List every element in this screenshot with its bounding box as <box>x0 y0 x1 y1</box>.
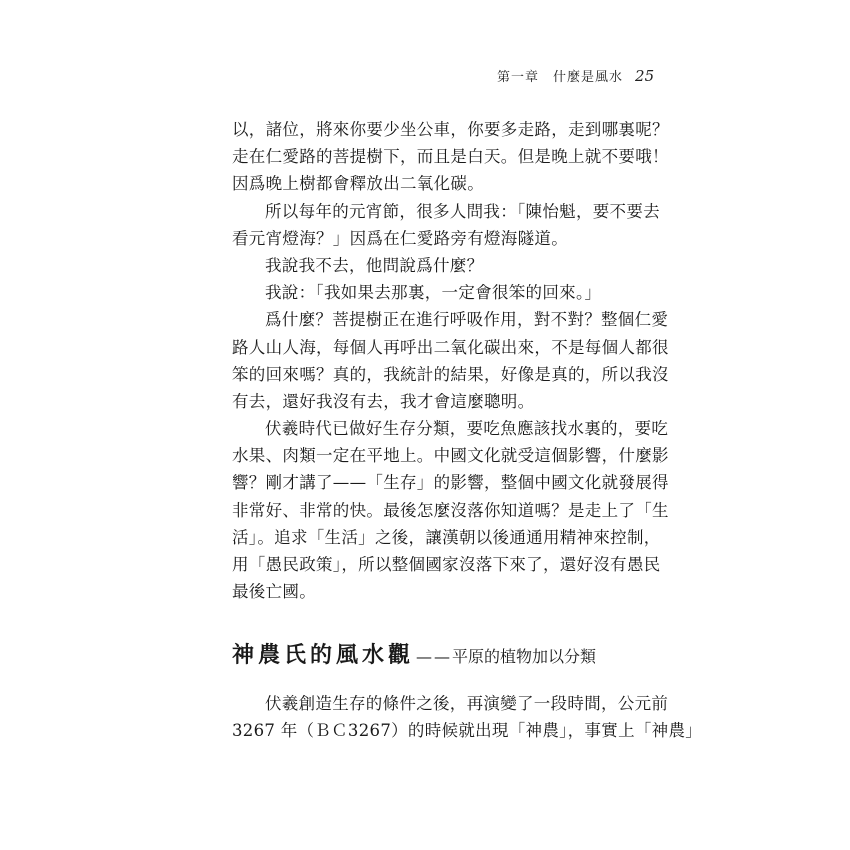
text-line: 路人山人海，每個人再呼出二氧化碳出來，不是每個人都很 <box>232 334 662 361</box>
text-line: 3267 年（ＢＣ3267）的時候就出現「神農」，事實上「神農」 <box>232 717 662 744</box>
text-line: 水果、肉類一定在平地上。中國文化就受這個影響，什麼影 <box>232 442 662 469</box>
text-line: 響？剛才講了——「生存」的影響，整個中國文化就發展得 <box>232 469 662 496</box>
running-head: 第一章 什麼是風水 25 <box>497 66 657 85</box>
section-heading: 神農氏的風水觀 —— 平原的植物加以分類 <box>232 638 596 669</box>
text-line: 活」。追求「生活」之後，讓漢朝以後通通用精神來控制， <box>232 524 662 551</box>
chapter-title: 什麼是風水 <box>553 66 623 85</box>
section-heading-subtitle: 平原的植物加以分類 <box>452 644 596 667</box>
body-text: 以，諸位，將來你要少坐公車，你要多走路，走到哪裏呢？走在仁愛路的菩提樹下，而且是… <box>232 116 662 605</box>
body-text-continued: 伏羲創造生存的條件之後，再演變了一段時間，公元前3267 年（ＢＣ3267）的時… <box>232 690 662 744</box>
text-line: 伏羲創造生存的條件之後，再演變了一段時間，公元前 <box>232 690 662 717</box>
text-line: 笨的回來嗎？真的，我統計的結果，好像是真的，所以我沒 <box>232 361 662 388</box>
text-line: 所以每年的元宵節，很多人問我：「陳怡魁，要不要去 <box>232 198 662 225</box>
text-line: 爲什麼？菩提樹正在進行呼吸作用，對不對？整個仁愛 <box>232 306 662 333</box>
text-line: 我說我不去，他問說爲什麼？ <box>232 252 662 279</box>
section-heading-dash: —— <box>416 647 452 666</box>
paragraph: 伏羲時代已做好生存分類，要吃魚應該找水裏的，要吃水果、肉類一定在平地上。中國文化… <box>232 415 662 605</box>
book-page: 第一章 什麼是風水 25 以，諸位，將來你要少坐公車，你要多走路，走到哪裏呢？走… <box>0 0 850 850</box>
chapter-label: 第一章 <box>497 66 539 85</box>
text-line: 有去，還好我沒有去，我才會這麼聰明。 <box>232 388 662 415</box>
text-line: 走在仁愛路的菩提樹下，而且是白天。但是晚上就不要哦！ <box>232 143 662 170</box>
text-line: 非常好、非常的快。最後怎麼沒落你知道嗎？是走上了「生 <box>232 497 662 524</box>
paragraph: 以，諸位，將來你要少坐公車，你要多走路，走到哪裏呢？走在仁愛路的菩提樹下，而且是… <box>232 116 662 198</box>
paragraph: 我說：「我如果去那裏，一定會很笨的回來。」 <box>232 279 662 306</box>
text-line: 伏羲時代已做好生存分類，要吃魚應該找水裏的，要吃 <box>232 415 662 442</box>
text-line: 用「愚民政策」，所以整個國家沒落下來了，還好沒有愚民 <box>232 551 662 578</box>
text-line: 看元宵燈海？」因爲在仁愛路旁有燈海隧道。 <box>232 225 662 252</box>
paragraph: 爲什麼？菩提樹正在進行呼吸作用，對不對？整個仁愛路人山人海，每個人再呼出二氧化碳… <box>232 306 662 415</box>
paragraph: 我說我不去，他問說爲什麼？ <box>232 252 662 279</box>
text-line: 以，諸位，將來你要少坐公車，你要多走路，走到哪裏呢？ <box>232 116 662 143</box>
page-number: 25 <box>635 67 654 85</box>
text-line: 最後亡國。 <box>232 578 662 605</box>
section-heading-main: 神農氏的風水觀 <box>232 638 414 669</box>
text-line: 我說：「我如果去那裏，一定會很笨的回來。」 <box>232 279 662 306</box>
paragraph: 所以每年的元宵節，很多人問我：「陳怡魁，要不要去看元宵燈海？」因爲在仁愛路旁有燈… <box>232 198 662 252</box>
text-line: 因爲晚上樹都會釋放出二氧化碳。 <box>232 170 662 197</box>
paragraph: 伏羲創造生存的條件之後，再演變了一段時間，公元前3267 年（ＢＣ3267）的時… <box>232 690 662 744</box>
